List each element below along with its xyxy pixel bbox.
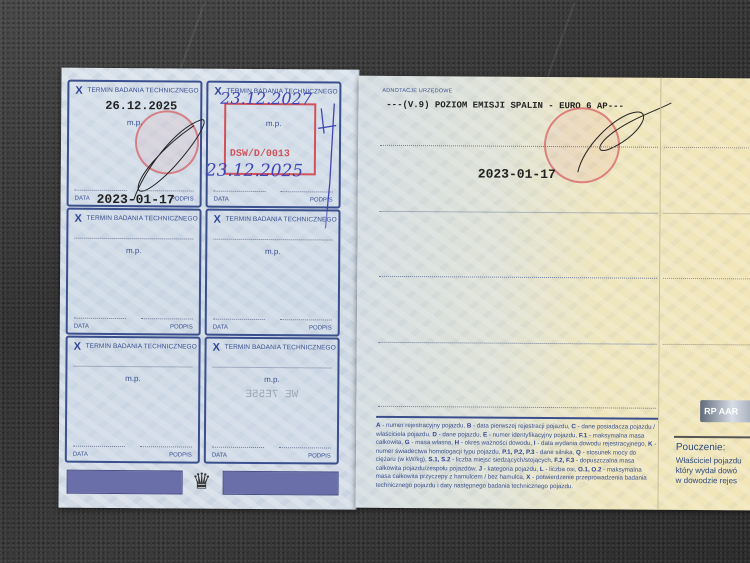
data-label: DATA bbox=[75, 196, 90, 202]
station-code: DSW/D/0013 bbox=[230, 149, 290, 160]
podpis-label: PODPIS bbox=[310, 197, 333, 203]
legend-entry: G - masa własna, bbox=[405, 439, 455, 446]
data-label: DATA bbox=[214, 197, 229, 203]
pouczenie-title: Pouczenie: bbox=[676, 442, 726, 453]
mp-label: m.p. bbox=[68, 246, 199, 256]
pouczenie-line: który wydał dowó bbox=[676, 466, 742, 476]
box-title: TERMIN BADANIA TECHNICZNEGO bbox=[86, 343, 197, 351]
box-title: TERMIN BADANIA TECHNICZNEGO bbox=[225, 344, 336, 352]
podpis-label: PODPIS bbox=[169, 452, 192, 458]
dotted-line bbox=[75, 190, 127, 191]
data-label: DATA bbox=[73, 452, 88, 458]
handwritten-date-bottom: 23.12.2025 bbox=[206, 161, 303, 182]
signature bbox=[573, 97, 674, 178]
dotted-line bbox=[73, 446, 125, 447]
dotted-line bbox=[212, 447, 264, 448]
dotted-line bbox=[213, 319, 265, 320]
legend-entry: L - liczba osi, bbox=[540, 465, 578, 472]
x-marker: X bbox=[213, 214, 220, 226]
dotted-line bbox=[214, 191, 266, 192]
stamp-date: 2023-01-17 bbox=[97, 192, 175, 208]
pouczenie-line: w dowodzie rejes bbox=[676, 476, 742, 486]
inspection-box-3: X TERMIN BADANIA TECHNICZNEGO m.p. DATA … bbox=[66, 208, 202, 336]
x-marker: X bbox=[75, 85, 82, 97]
security-band-left bbox=[67, 470, 183, 495]
dotted-line bbox=[74, 238, 193, 240]
data-label: DATA bbox=[212, 453, 227, 459]
legend-entry: D - dane pojazdu, bbox=[432, 431, 483, 438]
dotted-line bbox=[141, 318, 193, 319]
x-marker: X bbox=[213, 342, 220, 354]
dotted-line bbox=[212, 367, 331, 369]
legend-entry: E - numer identyfikacyjny pojazdu, bbox=[483, 431, 579, 439]
legend-entry: B - data pierwszej rejestracji pojazdu, bbox=[467, 422, 572, 430]
inspection-box-2: X TERMIN BADANIA TECHNICZNEGO m.p. DSW/D… bbox=[206, 81, 342, 209]
pouczenie-text: Właściciel pojazdu który wydał dowó w do… bbox=[676, 456, 742, 486]
left-page: X TERMIN BADANIA TECHNICZNEGO 26.12.2025… bbox=[58, 68, 359, 510]
registration-document: X TERMIN BADANIA TECHNICZNEGO 26.12.2025… bbox=[46, 66, 750, 513]
right-page: ADNOTACJE URZĘDOWE ---(V.9) POZIOM EMISJ… bbox=[355, 76, 750, 511]
legend-entry: A - numer rejestracyjny pojazdu, bbox=[376, 422, 467, 430]
mp-label: m.p. bbox=[67, 374, 198, 384]
pouczenie-line: Właściciel pojazdu bbox=[676, 456, 742, 466]
polish-eagle-emblem-icon: ♛ bbox=[189, 467, 215, 497]
inspection-box-5: X TERMIN BADANIA TECHNICZNEGO m.p. DATA … bbox=[65, 336, 201, 464]
legend-entry: P.1, P.2, P.3 - dane silnika, bbox=[502, 448, 576, 456]
mp-label: m.p. bbox=[206, 375, 337, 385]
annotations-label: ADNOTACJE URZĘDOWE bbox=[382, 88, 452, 94]
box-title: TERMIN BADANIA TECHNICZNEGO bbox=[86, 215, 197, 223]
box-title: TERMIN BADANIA TECHNICZNEGO bbox=[87, 87, 198, 95]
podpis-label: PODPIS bbox=[308, 453, 331, 459]
field-legend: A - numer rejestracyjny pojazdu, B - dat… bbox=[376, 416, 659, 492]
dotted-line bbox=[213, 239, 332, 241]
inspection-box-1: X TERMIN BADANIA TECHNICZNEGO 26.12.2025… bbox=[67, 80, 203, 208]
legend-entry: I - data wydania dowodu rejestracyjnego, bbox=[534, 440, 648, 448]
dotted-line bbox=[280, 319, 332, 320]
hologram-sticker: RP AAR bbox=[700, 400, 750, 422]
legend-entry: H - okres ważności dowodu, bbox=[455, 439, 534, 447]
podpis-label: PODPIS bbox=[170, 324, 193, 330]
inspection-box-4: X TERMIN BADANIA TECHNICZNEGO m.p. DATA … bbox=[205, 209, 341, 337]
dotted-line bbox=[73, 366, 192, 368]
dotted-line bbox=[281, 191, 333, 192]
inspection-box-6: X TERMIN BADANIA TECHNICZNEGO m.p. WE 7E… bbox=[204, 337, 340, 465]
x-marker: X bbox=[74, 341, 81, 353]
legend-entry: S.1, S.2 - liczba miejsc siedzących/stoj… bbox=[428, 456, 554, 464]
dotted-line bbox=[279, 447, 331, 448]
dotted-line bbox=[74, 318, 126, 319]
carpet-texture bbox=[546, 2, 575, 78]
data-label: DATA bbox=[74, 324, 89, 330]
security-band-right bbox=[223, 471, 339, 496]
box-title: TERMIN BADANIA TECHNICZNEGO bbox=[225, 216, 336, 224]
mp-label: m.p. bbox=[207, 247, 338, 257]
x-marker: X bbox=[74, 213, 81, 225]
stamp-date: 2023-01-17 bbox=[478, 167, 556, 183]
legend-entry: J - kategoria pojazdu, bbox=[479, 465, 540, 472]
data-label: DATA bbox=[213, 325, 228, 331]
podpis-label: PODPIS bbox=[309, 325, 332, 331]
mirrored-imprint: WE 7E55E bbox=[206, 389, 337, 402]
handwritten-date-top: 23.12.2027 bbox=[220, 89, 312, 109]
dotted-line bbox=[140, 446, 192, 447]
